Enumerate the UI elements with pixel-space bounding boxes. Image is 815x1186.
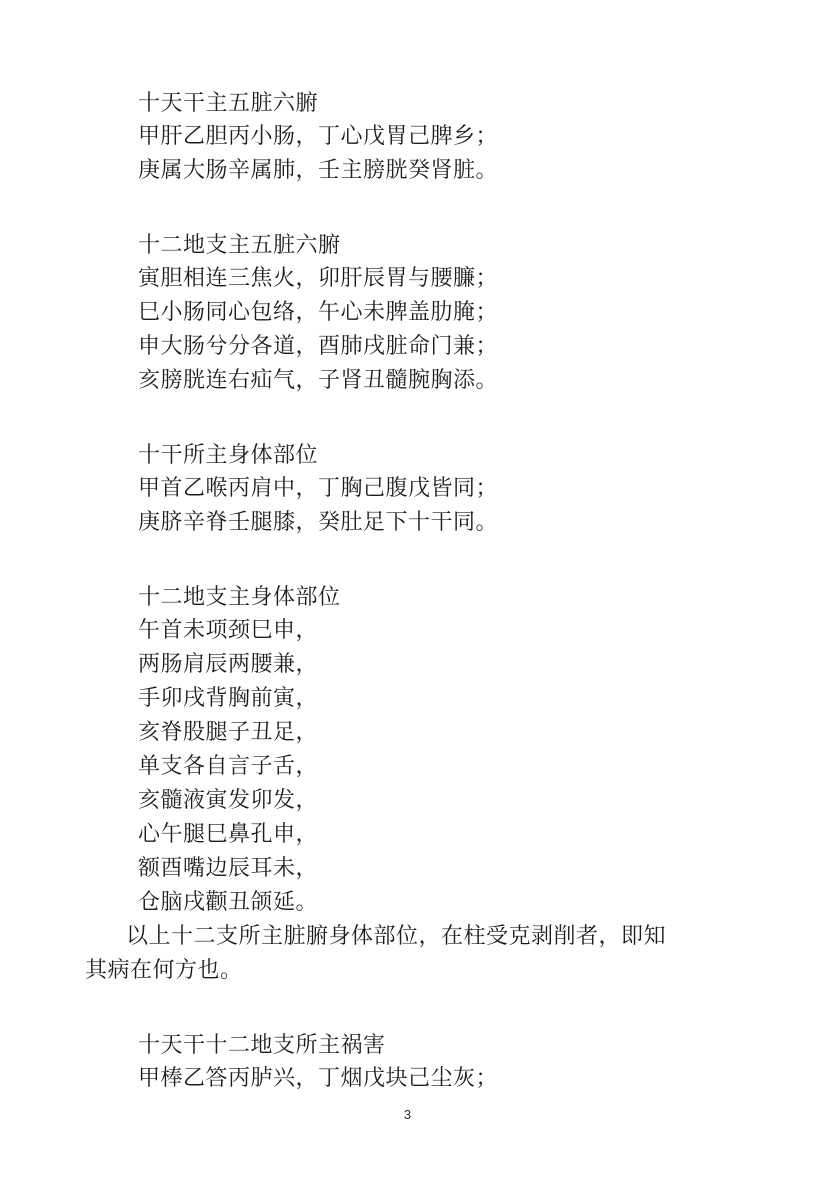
section-twelve-branches-body-parts: 十二地支主身体部位 午首未项颈巳申， 两肠肩辰两腰兼， 手卯戌背胸前寅， 亥脊股… [85,580,730,988]
section-ten-stems-organs: 十天干主五脏六腑 甲肝乙胆丙小肠，丁心戊胃己脾乡； 庚属大肠辛属肺，壬主膀胱癸肾… [85,86,730,188]
verse-line: 两肠肩辰两腰兼， [85,648,730,682]
verse-line: 巳小肠同心包络，午心未脾盖肋腌； [85,296,730,330]
verse-line: 额酉嘴边辰耳未， [85,852,730,886]
verse-line: 亥膀胱连右疝气，子肾丑髓腕胸添。 [85,364,730,398]
section-heading: 十二地支主身体部位 [85,580,730,614]
section-heading: 十天干十二地支所主祸害 [85,1028,730,1062]
verse-line: 亥髓液寅发卯发， [85,784,730,818]
verse-line: 心午腿巳鼻孔申， [85,818,730,852]
section-stems-branches-disasters: 十天干十二地支所主祸害 甲棒乙答丙胪兴，丁烟戊块己尘灰； [85,1028,730,1096]
verse-line: 甲棒乙答丙胪兴，丁烟戊块己尘灰； [85,1062,730,1096]
verse-line: 仓脑戌颧丑颌延。 [85,886,730,920]
verse-line: 寅胆相连三焦火，卯肝辰胃与腰臁； [85,262,730,296]
body-paragraph-line: 其病在何方也。 [85,954,730,988]
section-twelve-branches-organs: 十二地支主五脏六腑 寅胆相连三焦火，卯肝辰胃与腰臁； 巳小肠同心包络，午心未脾盖… [85,228,730,398]
section-heading: 十天干主五脏六腑 [85,86,730,120]
document-content: 十天干主五脏六腑 甲肝乙胆丙小肠，丁心戊胃己脾乡； 庚属大肠辛属肺，壬主膀胱癸肾… [85,86,730,1096]
section-ten-stems-body-parts: 十干所主身体部位 甲首乙喉丙肩中，丁胸己腹戊皆同； 庚脐辛脊壬腿膝，癸肚足下十干… [85,438,730,540]
verse-line: 甲首乙喉丙肩中，丁胸己腹戊皆同； [85,472,730,506]
body-paragraph-line: 以上十二支所主脏腑身体部位，在柱受克剥削者，即知 [85,920,730,954]
verse-line: 甲肝乙胆丙小肠，丁心戊胃己脾乡； [85,120,730,154]
verse-line: 申大肠兮分各道，酉肺戌脏命门兼； [85,330,730,364]
verse-line: 手卯戌背胸前寅， [85,682,730,716]
document-page: 十天干主五脏六腑 甲肝乙胆丙小肠，丁心戊胃己脾乡； 庚属大肠辛属肺，壬主膀胱癸肾… [0,0,815,1186]
section-heading: 十干所主身体部位 [85,438,730,472]
verse-line: 庚属大肠辛属肺，壬主膀胱癸肾脏。 [85,154,730,188]
section-heading: 十二地支主五脏六腑 [85,228,730,262]
page-number: 3 [0,1105,815,1125]
verse-line: 单支各自言子舌， [85,750,730,784]
verse-line: 午首未项颈巳申， [85,614,730,648]
verse-line: 庚脐辛脊壬腿膝，癸肚足下十干同。 [85,506,730,540]
verse-line: 亥脊股腿子丑足， [85,716,730,750]
